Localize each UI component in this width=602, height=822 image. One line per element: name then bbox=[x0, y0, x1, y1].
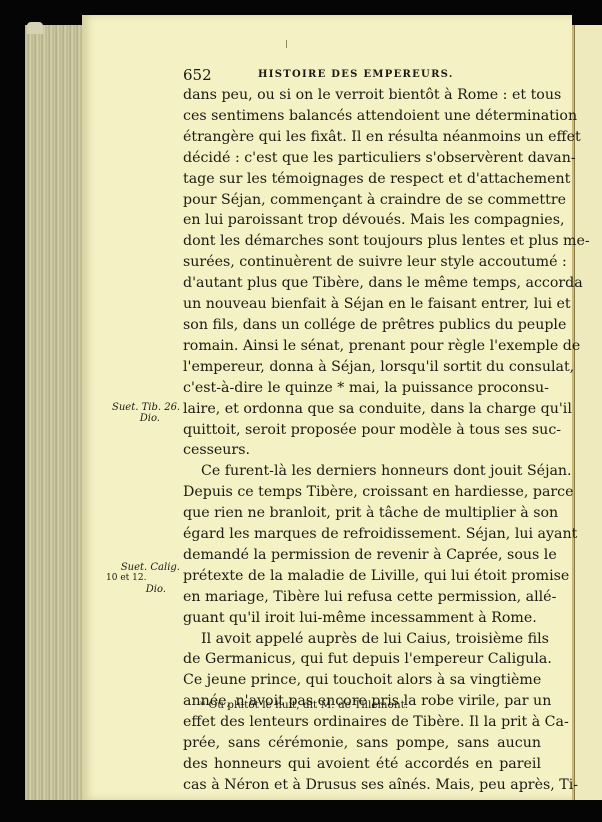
text-line: prée, sans cérémonie, sans pompe, sans a… bbox=[183, 733, 541, 754]
text-line: en lui paroissant trop dévoués. Mais les… bbox=[183, 210, 541, 231]
text-line: laire, et ordonna que sa conduite, dans … bbox=[183, 399, 541, 420]
margin-note-line: Suet. Calig. bbox=[106, 562, 180, 573]
text-line: d'autant plus que Tibère, dans le même t… bbox=[183, 273, 541, 294]
text-line: égard les marques de refroidissement. Sé… bbox=[183, 524, 541, 545]
printer-mark bbox=[286, 40, 287, 48]
page-number: 652 bbox=[183, 66, 212, 84]
text-line: tage sur les témoignages de respect et d… bbox=[183, 169, 541, 190]
text-line: que rien ne branloit, prit à tâche de mu… bbox=[183, 503, 541, 524]
margin-note-line: Dio. bbox=[112, 413, 180, 424]
text-line: cesseurs. bbox=[183, 440, 541, 461]
text-line: décidé : c'est que les particuliers s'ob… bbox=[183, 148, 541, 169]
footnote: * Ou plutôt le huit, dit M. de Tillemont… bbox=[200, 699, 408, 711]
text-line: surées, continuèrent de suivre leur styl… bbox=[183, 252, 541, 273]
text-line: pour Séjan, commençant à craindre de se … bbox=[183, 190, 541, 211]
text-line: dont les démarches sont toujours plus le… bbox=[183, 231, 541, 252]
text-line: Ce jeune prince, qui touchoit alors à sa… bbox=[183, 670, 541, 691]
text-line: guant qu'il iroit lui-même incessamment … bbox=[183, 608, 541, 629]
text-line: romain. Ainsi le sénat, prenant pour règ… bbox=[183, 336, 541, 357]
text-line: c'est-à-dire le quinze * mai, la puissan… bbox=[183, 378, 541, 399]
running-head: HISTOIRE DES EMPEREURS. bbox=[258, 69, 454, 80]
page-header: 652 HISTOIRE DES EMPEREURS. bbox=[183, 66, 543, 84]
text-line: en mariage, Tibère lui refusa cette perm… bbox=[183, 587, 541, 608]
headband bbox=[27, 22, 43, 34]
margin-note-suetonius-caligula: Suet. Calig. 10 et 12. Dio. bbox=[106, 562, 180, 595]
text-line: cas à Néron et à Drusus ses aînés. Mais,… bbox=[183, 775, 541, 796]
text-line: Il avoit appelé auprès de lui Caius, tro… bbox=[183, 629, 541, 650]
text-line: dans peu, ou si on le verroit bientôt à … bbox=[183, 85, 541, 106]
margin-note-suetonius-tiberius: Suet. Tib. 26. Dio. bbox=[112, 402, 180, 424]
text-line: Ce furent-là les derniers honneurs dont … bbox=[183, 461, 541, 482]
text-line: des honneurs qui avoient été accordés en… bbox=[183, 754, 541, 775]
page-edges bbox=[25, 25, 83, 800]
text-line: ces sentimens balancés attendoient une d… bbox=[183, 106, 541, 127]
text-line: Depuis ce temps Tibère, croissant en har… bbox=[183, 482, 541, 503]
text-line: l'empereur, donna à Séjan, lorsqu'il sor… bbox=[183, 357, 541, 378]
text-line: étrangère qui les fixât. Il en résulta n… bbox=[183, 127, 541, 148]
text-line: effet des lenteurs ordinaires de Tibère.… bbox=[183, 712, 541, 733]
text-line: un nouveau bienfait à Séjan en le faisan… bbox=[183, 294, 541, 315]
text-line: son fils, dans un collége de prêtres pub… bbox=[183, 315, 541, 336]
text-line: de Germanicus, qui fut depuis l'empereur… bbox=[183, 649, 541, 670]
margin-note-line: Suet. Tib. 26. bbox=[112, 402, 180, 413]
body-text: dans peu, ou si on le verroit bientôt à … bbox=[183, 85, 541, 796]
margin-note-line: Dio. bbox=[106, 584, 180, 595]
text-line: demandé la permission de revenir à Capré… bbox=[183, 545, 541, 566]
text-line: prétexte de la maladie de Liville, qui l… bbox=[183, 566, 541, 587]
margin-note-line: 10 et 12. bbox=[106, 573, 180, 584]
text-line: quittoit, seroit proposée pour modèle à … bbox=[183, 420, 541, 441]
